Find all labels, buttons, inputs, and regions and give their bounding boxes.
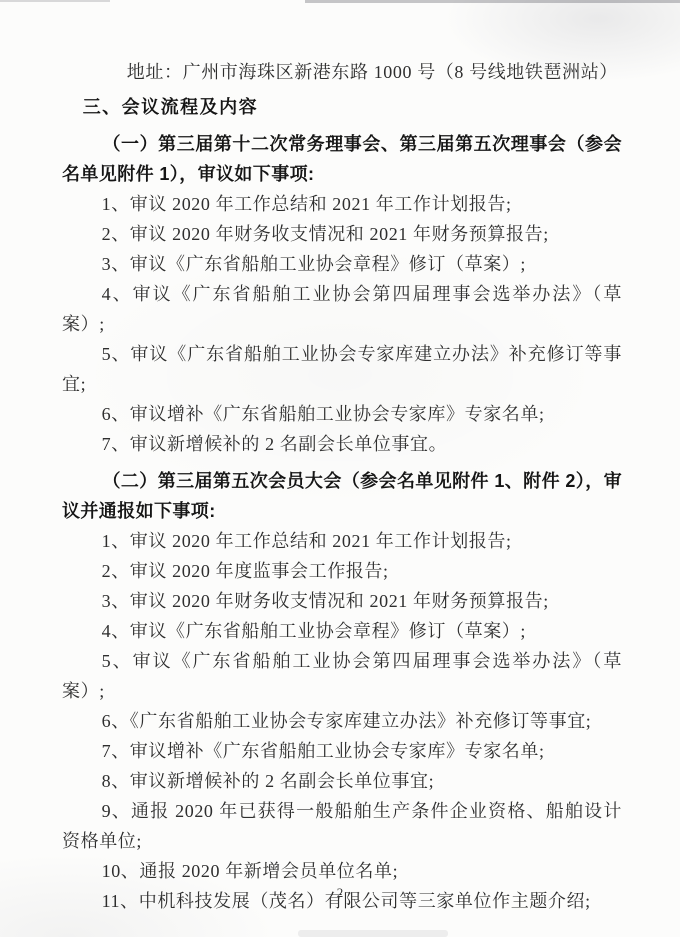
agenda-item: 5、审议《广东省船舶工业协会第四届理事会选举办法》（草案）; bbox=[62, 646, 622, 706]
agenda-item: 10、通报 2020 年新增会员单位名单; bbox=[62, 856, 622, 886]
subsection-1-heading: （一）第三届第十二次常务理事会、第三届第五次理事会（参会名单见附件 1），审议如… bbox=[62, 129, 622, 189]
agenda-item: 3、审议 2020 年财务收支情况和 2021 年财务预算报告; bbox=[62, 586, 622, 616]
agenda-item: 4、审议《广东省船舶工业协会第四届理事会选举办法》（草案）; bbox=[62, 279, 622, 339]
agenda-item: 7、审议增补《广东省船舶工业协会专家库》专家名单; bbox=[62, 736, 622, 766]
address-line: 地址：广州市海珠区新港东路 1000 号（8 号线地铁琶洲站） bbox=[62, 57, 622, 87]
agenda-item: 4、审议《广东省船舶工业协会章程》修订（草案）; bbox=[62, 616, 622, 646]
page-number: 2 bbox=[0, 885, 680, 901]
agenda-item: 6、审议增补《广东省船舶工业协会专家库》专家名单; bbox=[62, 399, 622, 429]
agenda-item: 7、审议新增候补的 2 名副会长单位事宜。 bbox=[62, 429, 622, 459]
agenda-item: 9、通报 2020 年已获得一般船舶生产条件企业资格、船舶设计资格单位; bbox=[62, 796, 622, 856]
agenda-item: 5、审议《广东省船舶工业协会专家库建立办法》补充修订等事宜; bbox=[62, 339, 622, 399]
scanned-page: 地址：广州市海珠区新港东路 1000 号（8 号线地铁琶洲站） 三、会议流程及内… bbox=[0, 0, 680, 937]
section-title: 三、会议流程及内容 bbox=[62, 92, 622, 122]
subsection-2-heading: （二）第三届第五次会员大会（参会名单见附件 1、附件 2），审议并通报如下事项: bbox=[62, 466, 622, 526]
agenda-item: 1、审议 2020 年工作总结和 2021 年工作计划报告; bbox=[62, 189, 622, 219]
agenda-item: 1、审议 2020 年工作总结和 2021 年工作计划报告; bbox=[62, 526, 622, 556]
agenda-item: 8、审议新增候补的 2 名副会长单位事宜; bbox=[62, 766, 622, 796]
subsection-1-agenda-list: 1、审议 2020 年工作总结和 2021 年工作计划报告;2、审议 2020 … bbox=[62, 189, 622, 459]
agenda-item: 6、《广东省船舶工业协会专家库建立办法》补充修订等事宜; bbox=[62, 706, 622, 736]
subsection-2: （二）第三届第五次会员大会（参会名单见附件 1、附件 2），审议并通报如下事项:… bbox=[62, 466, 622, 916]
agenda-item: 3、审议《广东省船舶工业协会章程》修订（草案）; bbox=[62, 249, 622, 279]
subsection-2-agenda-list: 1、审议 2020 年工作总结和 2021 年工作计划报告;2、审议 2020 … bbox=[62, 526, 622, 916]
agenda-item: 2、审议 2020 年度监事会工作报告; bbox=[62, 556, 622, 586]
subsection-1: （一）第三届第十二次常务理事会、第三届第五次理事会（参会名单见附件 1），审议如… bbox=[62, 129, 622, 459]
agenda-item: 2、审议 2020 年财务收支情况和 2021 年财务预算报告; bbox=[62, 219, 622, 249]
